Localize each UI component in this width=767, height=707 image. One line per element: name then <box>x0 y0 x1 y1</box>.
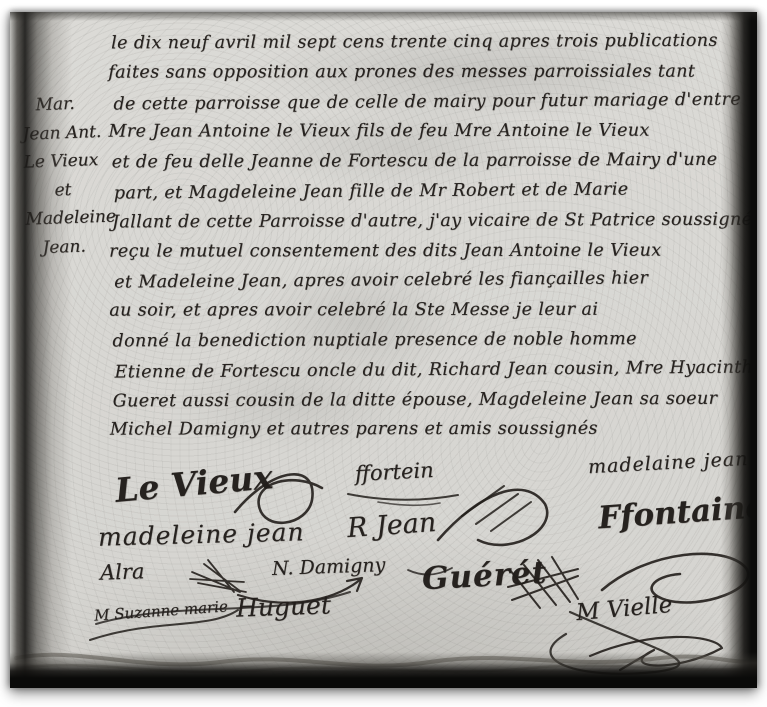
act-line: Jallant de cette Parroisse d'autre, j'ay… <box>112 205 757 238</box>
margin-note-line: et <box>24 174 120 206</box>
signature-alra: Alra <box>100 559 145 585</box>
act-line: Michel Damigny et autres parens et amis … <box>110 415 755 446</box>
signature-damigny: N. Damigny <box>272 554 386 580</box>
act-line: faites sans opposition aux prones des me… <box>108 57 753 88</box>
fortein-underline-flourish <box>378 502 440 505</box>
margin-note: Mar. Jean Ant. Le Vieux et Madeleine Jea… <box>21 88 122 262</box>
margin-note-line: Madeleine <box>25 202 121 234</box>
act-line: Mre Jean Antoine le Vieux fils de feu Mr… <box>109 117 754 148</box>
paper-crease-line <box>16 655 754 666</box>
act-line: donné la benediction nuptiale presence d… <box>112 325 757 358</box>
r-jean-hatch-flourish <box>462 486 531 531</box>
margin-note-line: Mar. <box>21 88 117 120</box>
signature-suzanne-marie: M Suzanne marie <box>94 597 229 624</box>
act-line: le dix neuf avril mil sept cens trente c… <box>111 27 756 60</box>
signature-huguet: Huguet <box>236 590 332 622</box>
signature-r-jean: R Jean <box>346 507 437 544</box>
act-line: et de feu delle Jeanne de Fortescu de la… <box>112 146 757 179</box>
r-jean-paraph-flourish <box>438 490 547 545</box>
vielle-zigzag-flourish <box>590 637 722 670</box>
act-line: de cette parroisse que de celle de mairy… <box>113 85 757 120</box>
scanned-register-page: Mar. Jean Ant. Le Vieux et Madeleine Jea… <box>10 12 757 688</box>
signature-gueret: Guérét <box>421 555 548 597</box>
margin-note-line: Jean Ant. <box>22 117 118 149</box>
paper-crease-line <box>16 665 754 672</box>
act-line: Gueret aussi cousin de la ditte épouse, … <box>113 384 757 417</box>
signature-fortein: ffortein <box>354 458 434 486</box>
margin-note-line: Jean. <box>26 231 122 263</box>
signature-vielle: M Vielle <box>575 592 673 626</box>
act-line: part, et Magdeleine Jean fille de Mr Rob… <box>114 174 757 209</box>
signature-madeleine-jean: madeleine jean <box>98 517 305 551</box>
act-line: reçu le mutuel consentement des dits Jea… <box>109 236 754 267</box>
act-line: au soir, et apres avoir celebré la Ste M… <box>109 296 754 327</box>
page-edge-bottom-shadow <box>10 652 757 688</box>
page-edge-top-shadow <box>10 12 757 21</box>
act-line: et Madeleine Jean, apres avoir celebré l… <box>114 264 757 299</box>
margin-note-line: Le Vieux <box>23 145 119 177</box>
screenshot-stage: Mar. Jean Ant. Le Vieux et Madeleine Jea… <box>0 0 767 707</box>
signature-madelaine-jean: madelaine jean <box>588 448 749 478</box>
signature-le-vieux: Le Vieux <box>114 457 275 510</box>
alra-crosshatch-flourish <box>190 560 246 592</box>
act-body-text: le dix neuf avril mil sept cens trente c… <box>111 27 757 447</box>
fortein-underline-flourish <box>348 494 458 500</box>
signature-ffontaines: Ffontaines <box>597 488 757 537</box>
act-line: Etienne de Fortescu oncle du dit, Richar… <box>114 353 757 388</box>
